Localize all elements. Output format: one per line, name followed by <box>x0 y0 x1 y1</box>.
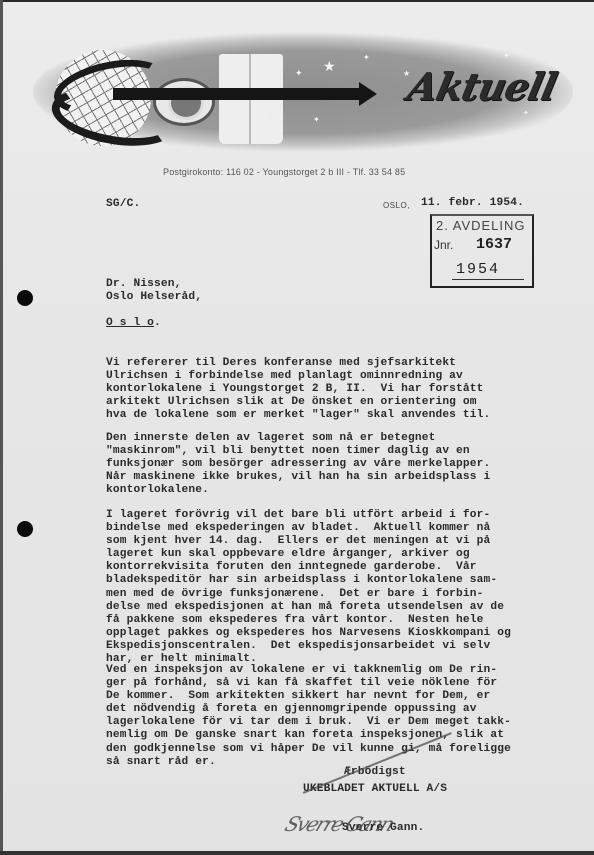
body-paragraph: Vi refererer til Deres konferanse med sj… <box>106 357 490 422</box>
reference-code: SG/C. <box>106 198 140 211</box>
body-paragraph: Ved en inspeksjon av lokalene er vi takk… <box>106 664 511 769</box>
body-paragraph: Den innerste delen av lageret som nå er … <box>106 432 490 497</box>
body-paragraph: I lageret forövrig vil det bare bli utfö… <box>106 509 511 666</box>
stamp-underline <box>452 279 524 280</box>
stamp-year: 1954 <box>456 261 500 278</box>
stamp-journal-number: 1637 <box>476 236 512 253</box>
company-name: UKEBLADET AKTUELL A/S <box>303 783 447 796</box>
recipient-address: Dr. Nissen, Oslo Helseråd, O s l o. <box>106 278 202 330</box>
stamp-journal-label: Jnr. <box>434 238 453 252</box>
brand-logo: Aktuell <box>403 64 574 114</box>
star-icon: ✦ <box>503 52 510 60</box>
star-icon: ✦ <box>363 54 370 62</box>
recipient-name: Dr. Nissen, <box>106 278 182 290</box>
stamp-department: 2. AVDELING <box>436 218 526 233</box>
arrow-head-icon <box>359 82 377 106</box>
letter-page: Aktuell ★ ✦ ✦ ★ ✦ • ✦ ✦ Postgirokonto: 1… <box>3 2 594 851</box>
city-label: OSLO, <box>383 201 410 210</box>
punch-hole <box>17 290 33 306</box>
star-icon: ✦ <box>313 116 320 124</box>
star-icon: ★ <box>403 70 410 78</box>
star-icon: • <box>263 112 267 119</box>
recipient-institution: Oslo Helseråd, <box>106 291 202 303</box>
signer-name: Sverre Gann. <box>342 822 424 835</box>
scan-bottom-edge <box>0 851 594 855</box>
recipient-city-suffix: . <box>154 317 161 329</box>
star-icon: ✦ <box>295 70 303 79</box>
letter-date: 11. febr. 1954. <box>421 197 524 210</box>
received-stamp: 2. AVDELING Jnr. 1637 1954 <box>430 214 534 288</box>
star-icon: ✦ <box>523 110 529 117</box>
letterhead-contact-line: Postgirokonto: 116 02 - Youngstorget 2 b… <box>163 167 443 177</box>
punch-hole <box>17 521 33 537</box>
arrow-icon <box>113 88 363 100</box>
recipient-city: O s l o <box>106 317 154 329</box>
star-icon: ★ <box>323 60 336 74</box>
